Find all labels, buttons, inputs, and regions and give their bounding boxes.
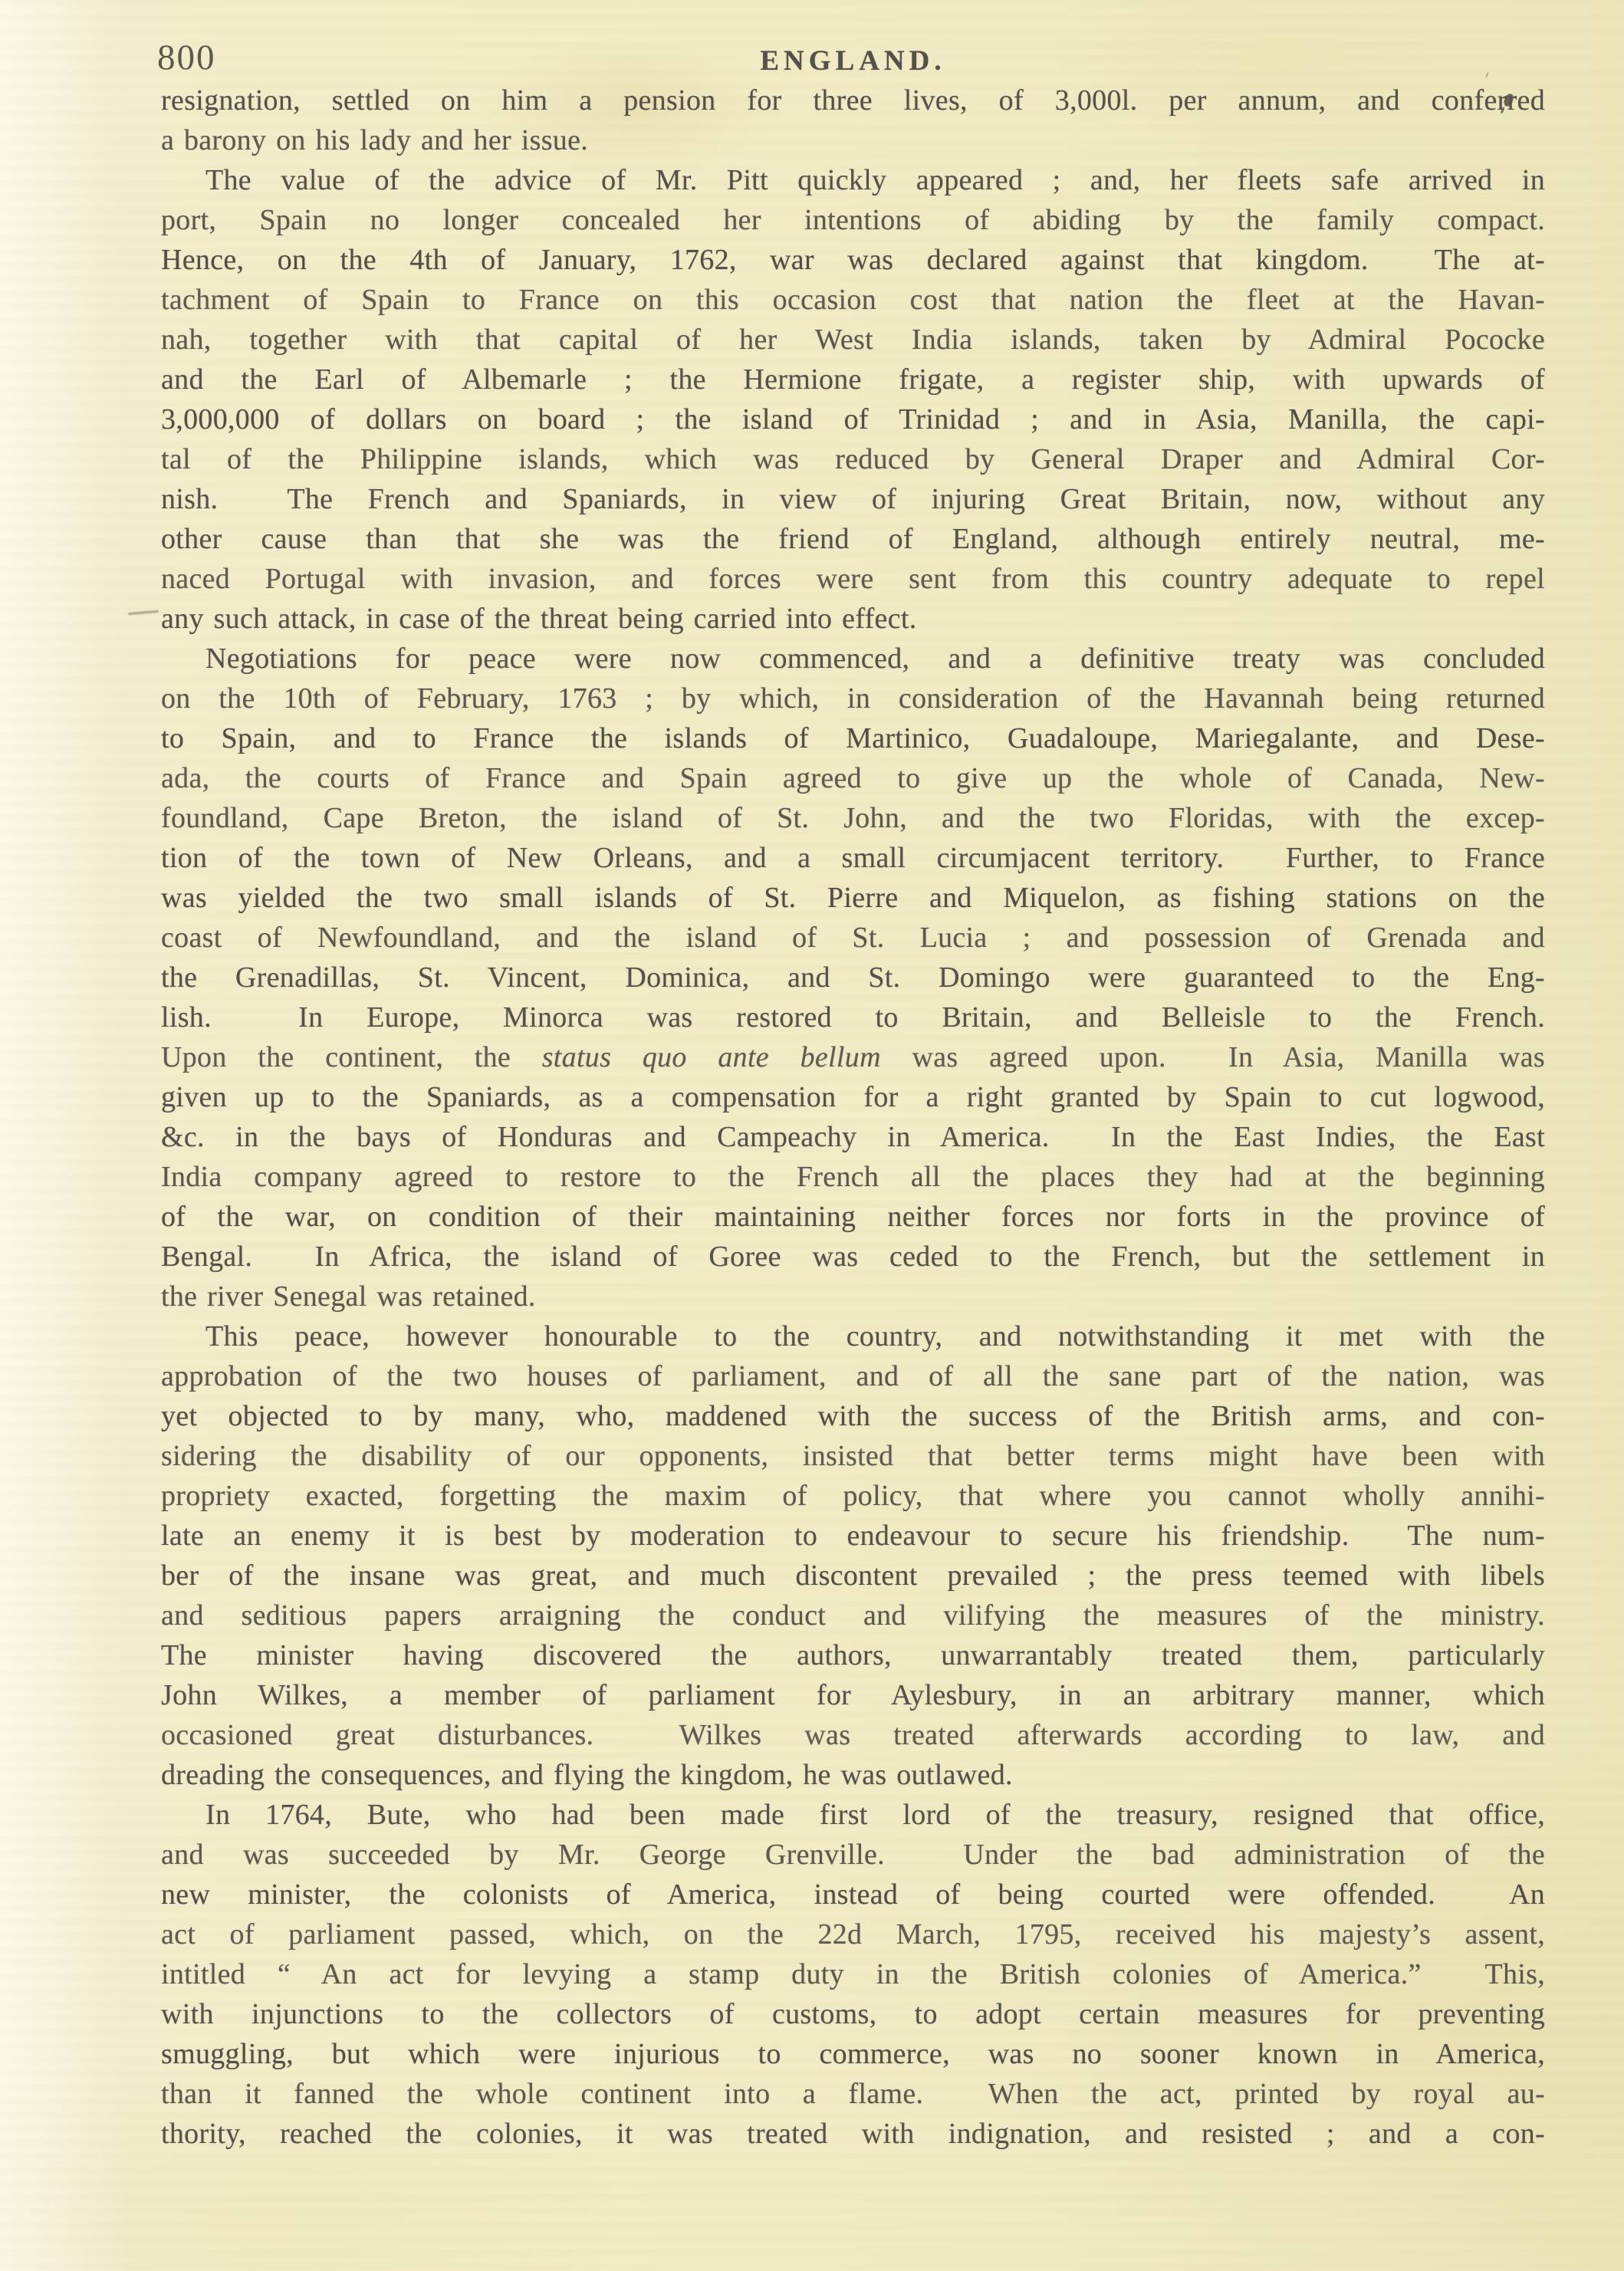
text-line: The minister having discovered the autho… — [161, 1635, 1545, 1675]
text-line: than it fanned the whole continent into … — [161, 2074, 1545, 2114]
scanned-book-page: 800 ENGLAND. resignation, settled on him… — [0, 0, 1624, 2271]
text-line: &c. in the bays of Honduras and Campeach… — [161, 1117, 1545, 1157]
paragraph: resignation, settled on him a pension fo… — [161, 81, 1545, 160]
text-line: tion of the town of New Orleans, and a s… — [161, 838, 1545, 878]
text-line: of the war, on condition of their mainta… — [161, 1197, 1545, 1237]
text-line: India company agreed to restore to the F… — [161, 1157, 1545, 1197]
text-line: occasioned great disturbances. Wilkes wa… — [161, 1715, 1545, 1755]
text-line: lish. In Europe, Minorca was restored to… — [161, 997, 1545, 1037]
text-line: Bengal. In Africa, the island of Goree w… — [161, 1237, 1545, 1277]
text-line: and was succeeded by Mr. George Grenvill… — [161, 1835, 1545, 1875]
text-line: was yielded the two small islands of St.… — [161, 878, 1545, 918]
paragraph: Negotiations for peace were now commence… — [161, 639, 1545, 1316]
text-block: resignation, settled on him a pension fo… — [161, 81, 1545, 2154]
text-line: port, Spain no longer concealed her inte… — [161, 200, 1545, 240]
text-line: Negotiations for peace were now commence… — [161, 639, 1545, 679]
text-line: Upon the continent, the status quo ante … — [161, 1037, 1545, 1077]
text-line: yet objected to by many, who, maddened w… — [161, 1396, 1545, 1436]
text-line: tal of the Philippine islands, which was… — [161, 439, 1545, 479]
text-line: dreading the consequences, and flying th… — [161, 1755, 1545, 1795]
text-line: given up to the Spaniards, as a compensa… — [161, 1077, 1545, 1117]
text-line: ber of the insane was great, and much di… — [161, 1556, 1545, 1596]
text-line: thority, reached the colonies, it was tr… — [161, 2114, 1545, 2154]
text-line: In 1764, Bute, who had been made first l… — [161, 1795, 1545, 1835]
text-line: The value of the advice of Mr. Pitt quic… — [161, 160, 1545, 200]
text-line: the Grenadillas, St. Vincent, Dominica, … — [161, 958, 1545, 997]
text-line: Hence, on the 4th of January, 1762, war … — [161, 240, 1545, 280]
running-head: ENGLAND. — [161, 44, 1545, 77]
text-line: the river Senegal was retained. — [161, 1277, 1545, 1316]
text-line: other cause than that she was the friend… — [161, 519, 1545, 559]
text-line: naced Portugal with invasion, and forces… — [161, 559, 1545, 599]
text-line: tachment of Spain to France on this occa… — [161, 280, 1545, 320]
text-line: late an enemy it is best by moderation t… — [161, 1516, 1545, 1556]
text-line: to Spain, and to France the islands of M… — [161, 718, 1545, 758]
text-line: any such attack, in case of the threat b… — [161, 599, 1545, 639]
text-line: foundland, Cape Breton, the island of St… — [161, 798, 1545, 838]
text-line: John Wilkes, a member of parliament for … — [161, 1675, 1545, 1715]
text-line: and seditious papers arraigning the cond… — [161, 1596, 1545, 1635]
paragraph: The value of the advice of Mr. Pitt quic… — [161, 160, 1545, 639]
text-line: resignation, settled on him a pension fo… — [161, 81, 1545, 120]
paragraph: This peace, however honourable to the co… — [161, 1316, 1545, 1795]
text-line: sidering the disability of our opponents… — [161, 1436, 1545, 1476]
text-line: nah, together with that capital of her W… — [161, 320, 1545, 360]
text-line: act of parliament passed, which, on the … — [161, 1914, 1545, 1954]
text-line: nish. The French and Spaniards, in view … — [161, 479, 1545, 519]
text-line: smuggling, but which were injurious to c… — [161, 2034, 1545, 2074]
paragraph: In 1764, Bute, who had been made first l… — [161, 1795, 1545, 2154]
text-line: This peace, however honourable to the co… — [161, 1316, 1545, 1356]
text-line: a barony on his lady and her issue. — [161, 120, 1545, 160]
text-line: on the 10th of February, 1763 ; by which… — [161, 679, 1545, 718]
text-line: intitled “ An act for levying a stamp du… — [161, 1954, 1545, 1994]
text-line: approbation of the two houses of parliam… — [161, 1356, 1545, 1396]
text-line: and the Earl of Albemarle ; the Hermione… — [161, 360, 1545, 399]
text-line: coast of Newfoundland, and the island of… — [161, 918, 1545, 958]
text-line: new minister, the colonists of America, … — [161, 1875, 1545, 1914]
margin-pencil-dash — [128, 610, 159, 615]
text-line: propriety exacted, forgetting the maxim … — [161, 1476, 1545, 1516]
text-line: 3,000,000 of dollars on board ; the isla… — [161, 399, 1545, 439]
text-line: with injunctions to the collectors of cu… — [161, 1994, 1545, 2034]
text-line: ada, the courts of France and Spain agre… — [161, 758, 1545, 798]
